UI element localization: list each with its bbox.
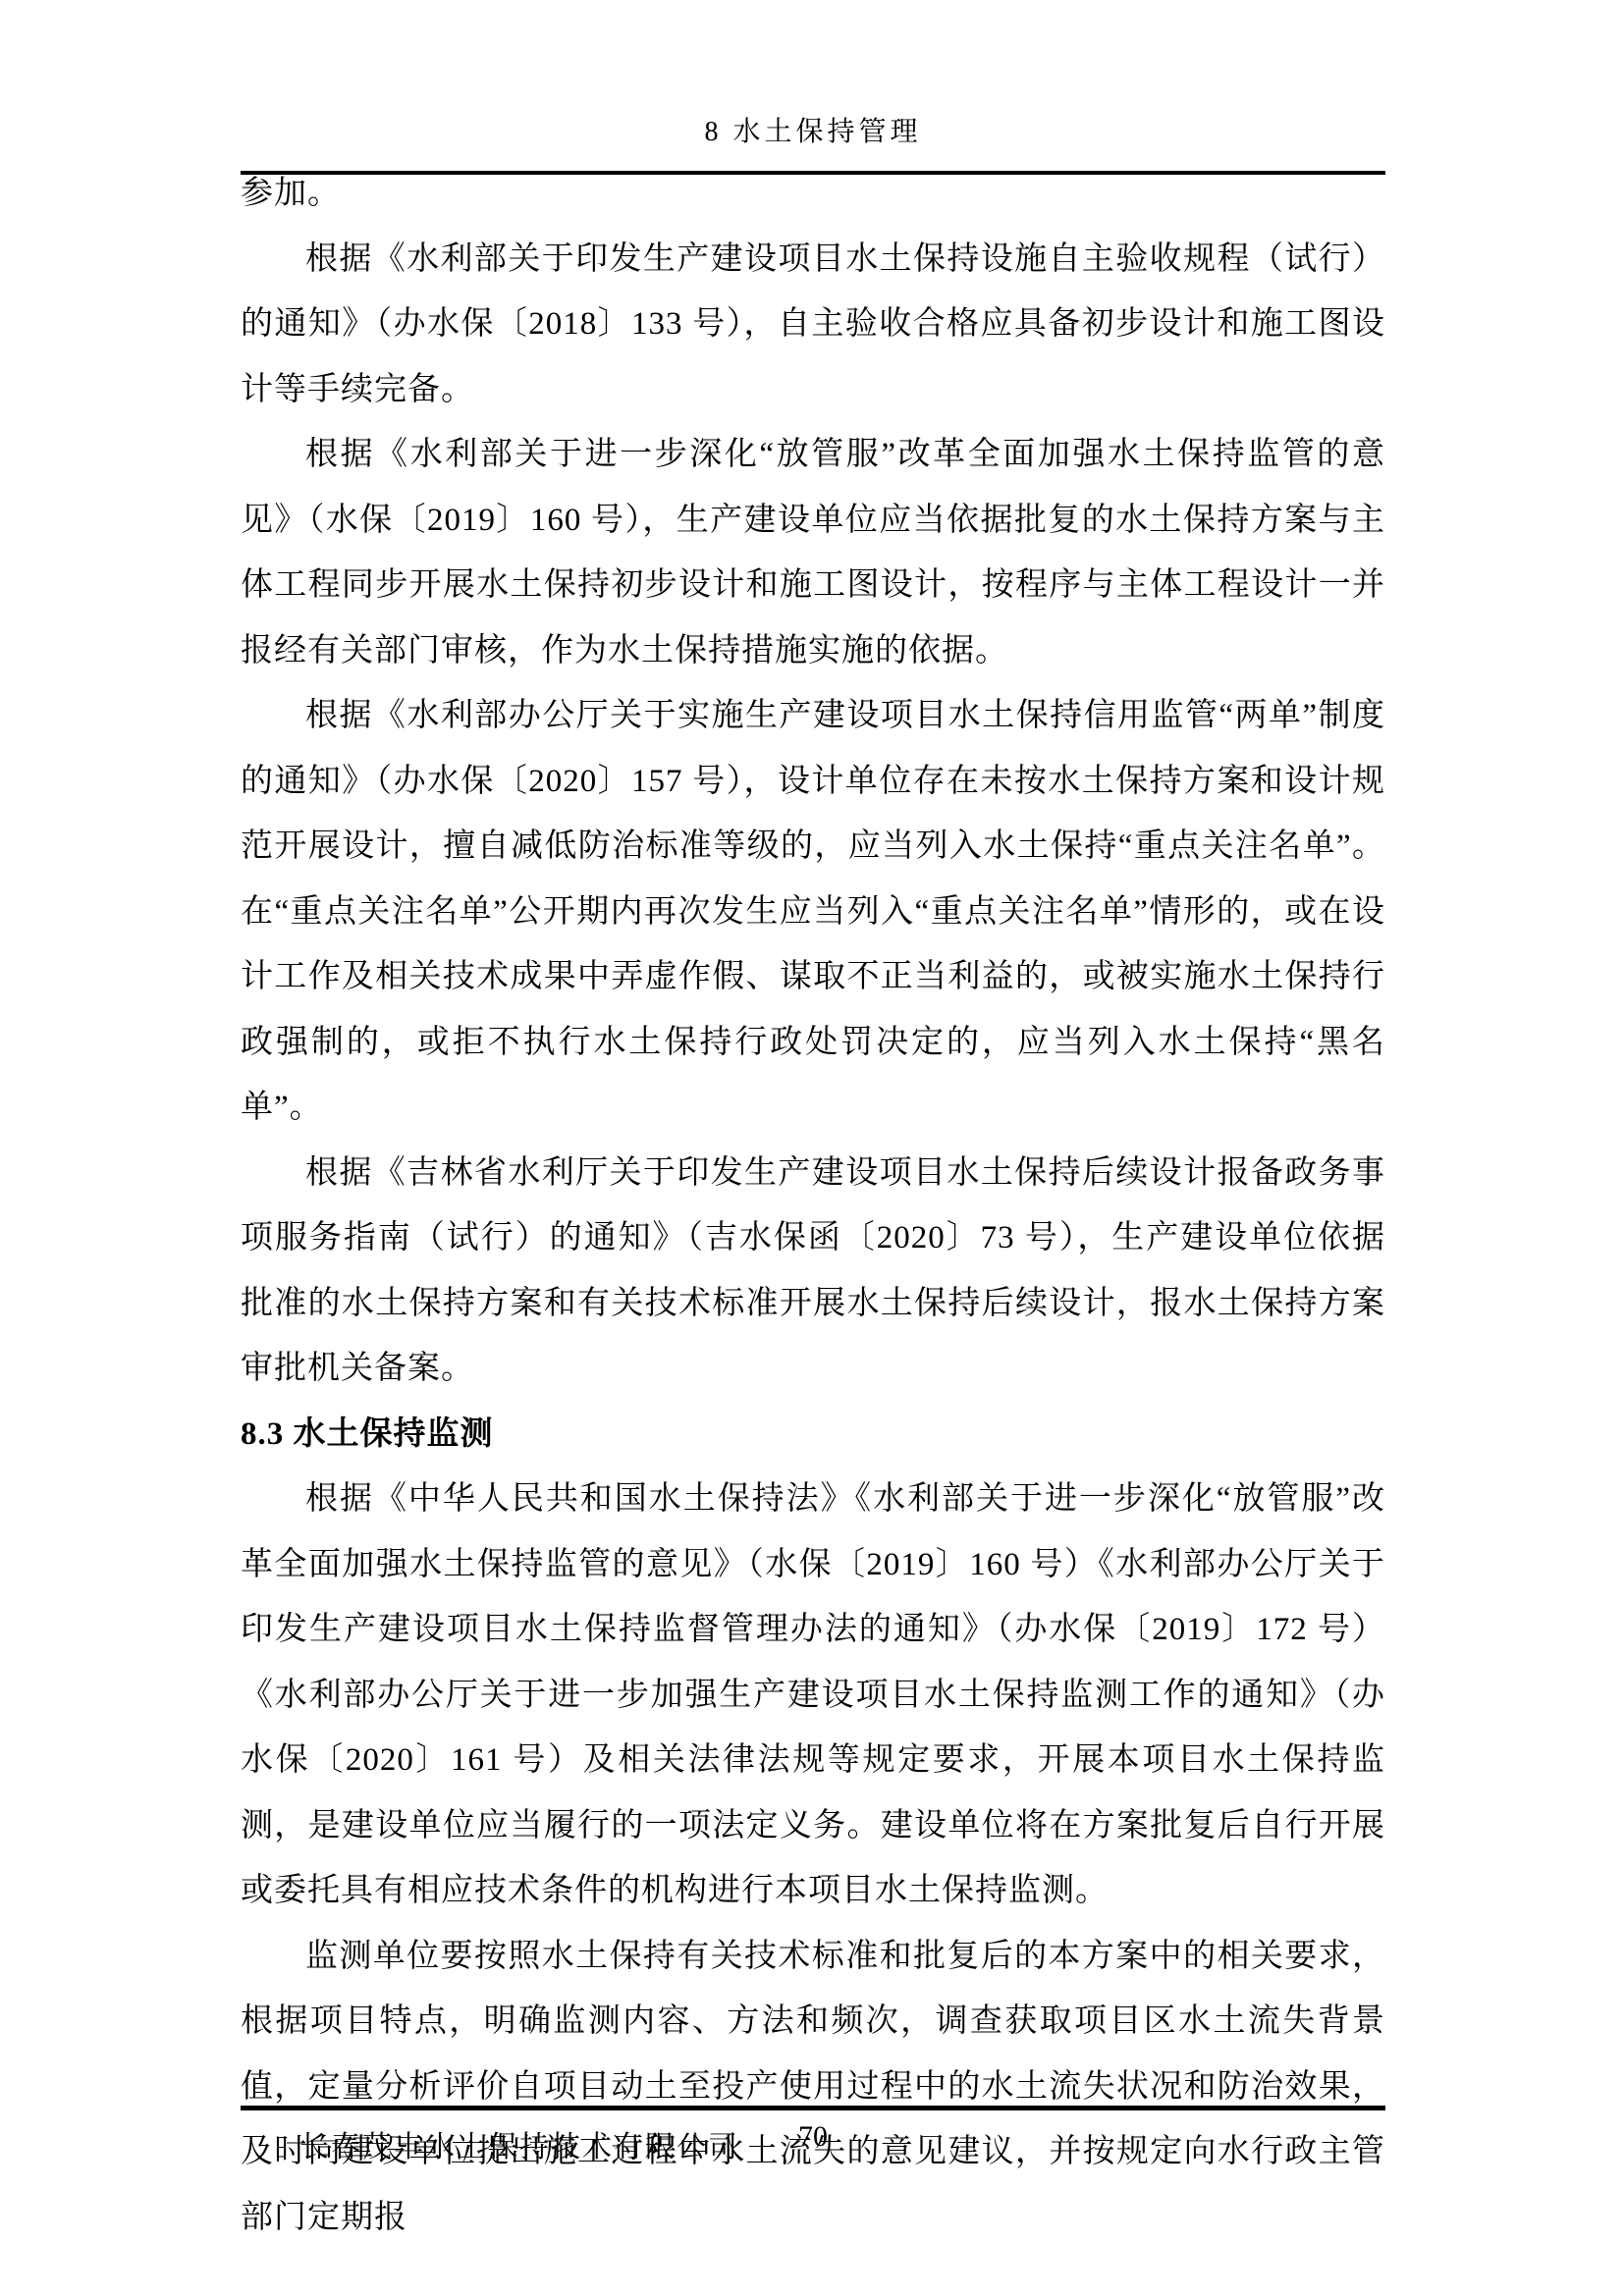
paragraph: 根据《水利部办公厅关于实施生产建设项目水土保持信用监管“两单”制度的通知》（办水… [241,683,1385,1141]
document-body: 参加。 根据《水利部关于印发生产建设项目水土保持设施自主验收规程（试行）的通知》… [241,161,1385,2250]
paragraph: 监测单位要按照水土保持有关技术标准和批复后的本方案中的相关要求，根据项目特点，明… [241,1924,1385,2251]
paragraph: 根据《水利部关于进一步深化“放管服”改革全面加强水土保持监管的意见》（水保〔20… [241,422,1385,683]
section-heading: 8.3 水土保持监测 [241,1402,1385,1468]
header-chapter-title: 8 水土保持管理 [704,117,921,147]
paragraph: 根据《水利部关于印发生产建设项目水土保持设施自主验收规程（试行）的通知》（办水保… [241,227,1385,423]
paragraph-continuation: 参加。 [241,161,1385,227]
page-footer: 长春茂丰水土保持技术有限公司 70 [241,2106,1385,2110]
paragraph: 根据《吉林省水利厅关于印发生产建设项目水土保持后续设计报备政务事项服务指南（试行… [241,1141,1385,1402]
footer-page-number: 70 [798,2120,828,2154]
document-page: 8 水土保持管理 参加。 根据《水利部关于印发生产建设项目水土保持设施自主验收规… [0,0,1624,2296]
footer-company-name: 长春茂丰水土保持技术有限公司 [299,2122,739,2165]
paragraph: 根据《中华人民共和国水土保持法》《水利部关于进一步深化“放管服”改革全面加强水土… [241,1467,1385,1924]
